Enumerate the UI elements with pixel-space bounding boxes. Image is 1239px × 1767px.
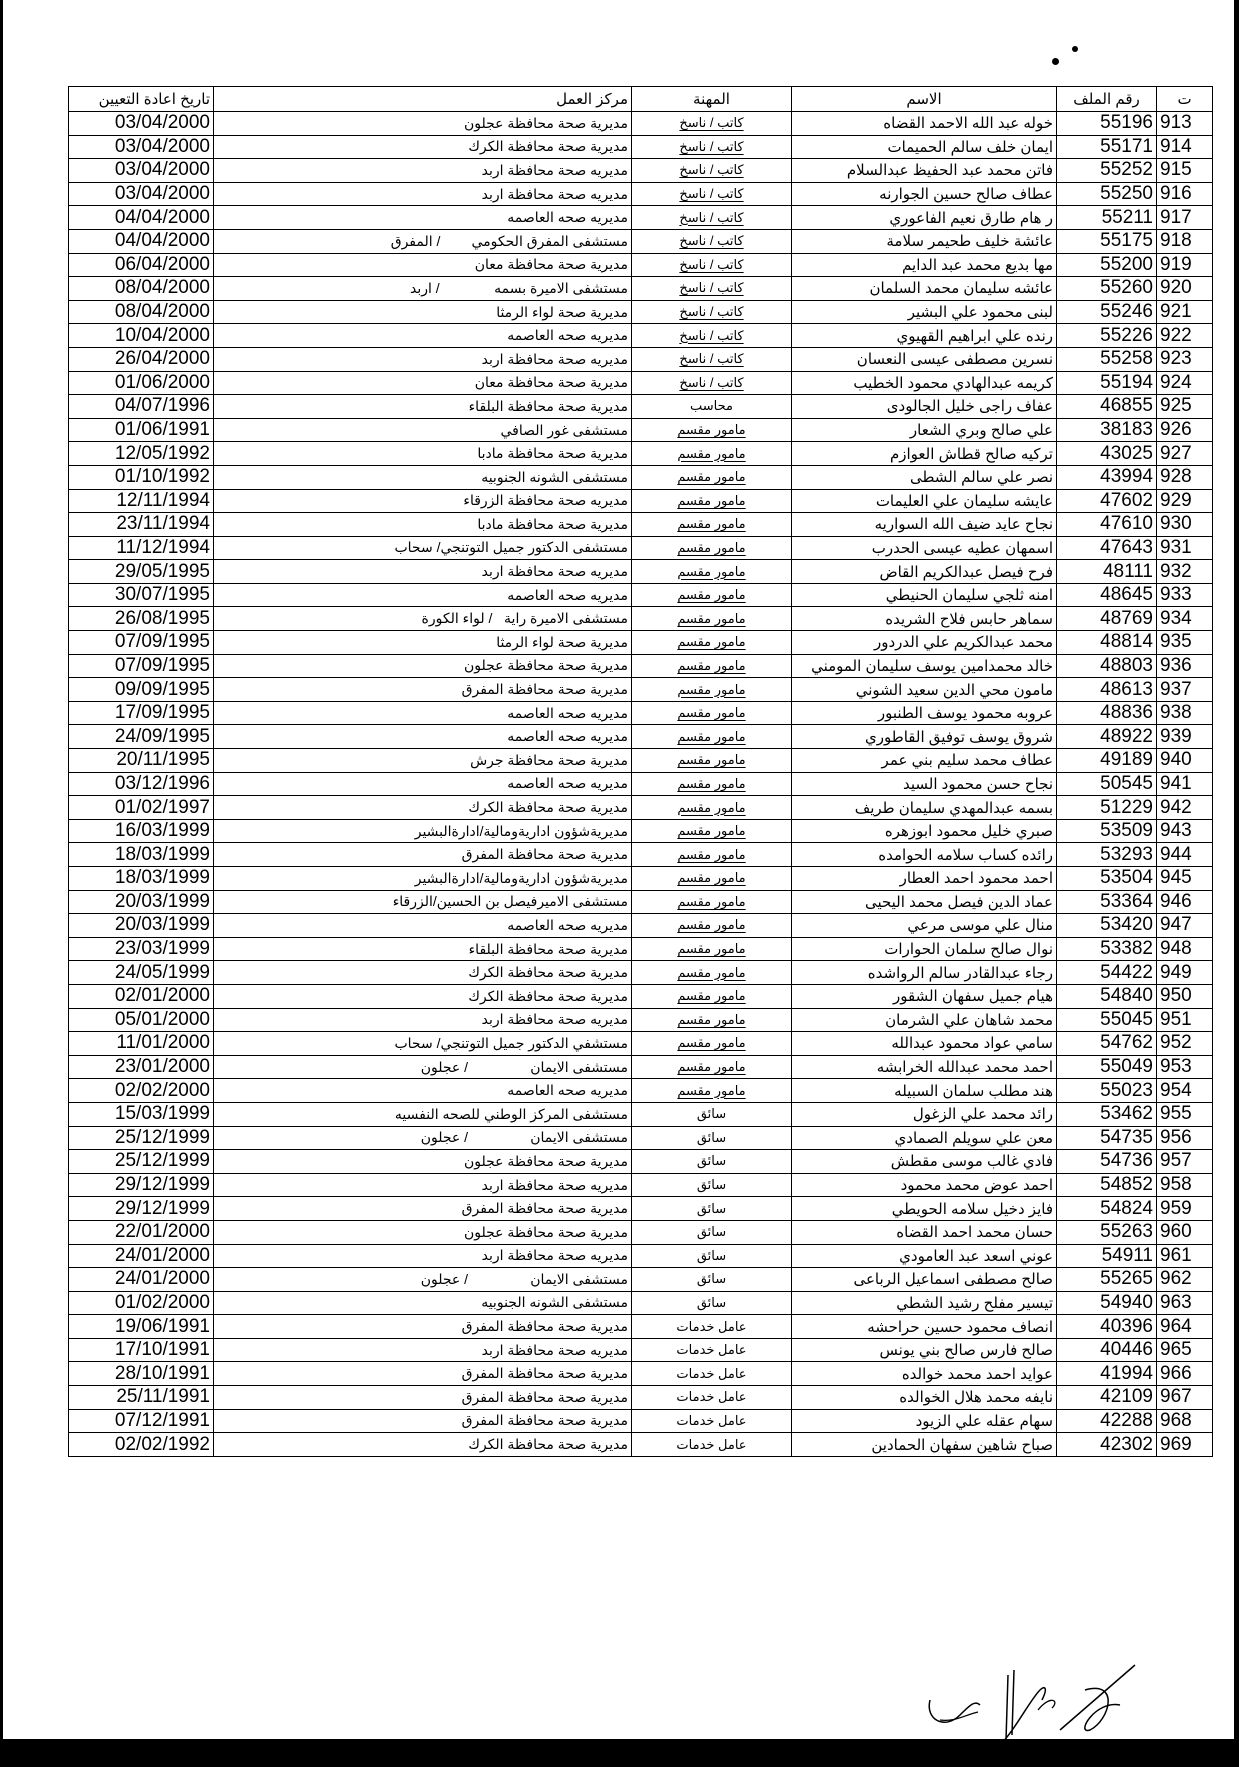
table-row: 92455194كريمه عبدالهادي محمود الخطيبكاتب… bbox=[69, 371, 1213, 395]
reappointment-date-cell: 20/03/1999 bbox=[69, 890, 214, 914]
workplace-cell: مديرية صحة محافظة المفرق bbox=[214, 1409, 632, 1433]
occupation-cell: كاتب / ناسخ bbox=[632, 300, 792, 324]
seq-cell: 942 bbox=[1157, 796, 1213, 820]
reappointment-date-cell: 26/08/1995 bbox=[69, 607, 214, 631]
workplace-cell: مديرية صحة محافظة البلقاء bbox=[214, 395, 632, 419]
seq-cell: 945 bbox=[1157, 867, 1213, 891]
name-cell: عروبه محمود يوسف الطنبور bbox=[792, 701, 1057, 725]
occupation-cell: كاتب / ناسخ bbox=[632, 347, 792, 371]
workplace-cell: مديريه صحه العاصمه bbox=[214, 772, 632, 796]
occupation-cell: مامور مقسم bbox=[632, 725, 792, 749]
reappointment-date-cell: 01/02/2000 bbox=[69, 1291, 214, 1315]
file-no-cell: 51229 bbox=[1057, 796, 1157, 820]
workplace-cell: مستشفى غور الصافي bbox=[214, 418, 632, 442]
header-occupation: المهنة bbox=[632, 87, 792, 112]
file-no-cell: 40446 bbox=[1057, 1338, 1157, 1362]
reappointment-date-cell: 09/09/1995 bbox=[69, 678, 214, 702]
name-cell: رنده علي ابراهيم القهيوي bbox=[792, 324, 1057, 348]
file-no-cell: 47610 bbox=[1057, 513, 1157, 537]
seq-cell: 943 bbox=[1157, 819, 1213, 843]
name-cell: فاتن محمد عبد الحفيظ عبدالسلام bbox=[792, 159, 1057, 183]
seq-cell: 926 bbox=[1157, 418, 1213, 442]
name-cell: اسمهان عطيه عيسى الحدرب bbox=[792, 536, 1057, 560]
name-cell: احمد محمود احمد العطار bbox=[792, 867, 1057, 891]
occupation-cell: مامور مقسم bbox=[632, 772, 792, 796]
file-no-cell: 40396 bbox=[1057, 1315, 1157, 1339]
table-row: 96354940تيسير مفلح رشيد الشطيسائقمستشفى … bbox=[69, 1291, 1213, 1315]
workplace-cell: مستشفى المفرق الحكومي / المفرق bbox=[214, 229, 632, 253]
reappointment-date-cell: 12/11/1994 bbox=[69, 489, 214, 513]
scan-speck bbox=[1072, 46, 1078, 52]
occupation-cell: عامل خدمات bbox=[632, 1409, 792, 1433]
reappointment-date-cell: 29/05/1995 bbox=[69, 560, 214, 584]
table-row: 94251229بسمه عبدالمهدي سليمان طريفمامور … bbox=[69, 796, 1213, 820]
reappointment-date-cell: 10/04/2000 bbox=[69, 324, 214, 348]
reappointment-date-cell: 07/09/1995 bbox=[69, 654, 214, 678]
name-cell: سامي عواد محمود عبدالله bbox=[792, 1032, 1057, 1056]
reappointment-date-cell: 11/12/1994 bbox=[69, 536, 214, 560]
reappointment-date-cell: 04/04/2000 bbox=[69, 229, 214, 253]
table-row: 95155045محمد شاهان علي الشرمانمامور مقسم… bbox=[69, 1008, 1213, 1032]
reappointment-date-cell: 02/02/2000 bbox=[69, 1079, 214, 1103]
reappointment-date-cell: 07/12/1991 bbox=[69, 1409, 214, 1433]
file-no-cell: 48836 bbox=[1057, 701, 1157, 725]
reappointment-date-cell: 11/01/2000 bbox=[69, 1032, 214, 1056]
reappointment-date-cell: 08/04/2000 bbox=[69, 300, 214, 324]
occupation-cell: مامور مقسم bbox=[632, 536, 792, 560]
name-cell: عائشة خليف طحيمر سلامة bbox=[792, 229, 1057, 253]
workplace-cell: مديريه صحه العاصمه bbox=[214, 1079, 632, 1103]
table-row: 96842288سهام عقله علي الزيودعامل خدماتمد… bbox=[69, 1409, 1213, 1433]
table-header-row: ت رقم الملف الاسم المهنة مركز العمل تاري… bbox=[69, 87, 1213, 112]
seq-cell: 921 bbox=[1157, 300, 1213, 324]
table-row: 95654735معن علي سويلم الصماديسائقمستشفى … bbox=[69, 1126, 1213, 1150]
seq-cell: 967 bbox=[1157, 1386, 1213, 1410]
seq-cell: 916 bbox=[1157, 182, 1213, 206]
table-row: 91355196خوله عبد الله الاحمد القضاهكاتب … bbox=[69, 112, 1213, 136]
name-cell: لبنى محمود علي البشير bbox=[792, 300, 1057, 324]
table-row: 95054840هيام جميل سفهان الشقورمامور مقسم… bbox=[69, 984, 1213, 1008]
name-cell: نجاح حسن محمود السيد bbox=[792, 772, 1057, 796]
table-body: 91355196خوله عبد الله الاحمد القضاهكاتب … bbox=[69, 112, 1213, 1457]
file-no-cell: 54911 bbox=[1057, 1244, 1157, 1268]
name-cell: نايفه محمد هلال الخوالده bbox=[792, 1386, 1057, 1410]
name-cell: فايز دخيل سلامه الحويطي bbox=[792, 1197, 1057, 1221]
name-cell: بسمه عبدالمهدي سليمان طريف bbox=[792, 796, 1057, 820]
workplace-cell: مستشفى الاميرة بسمه / اربد bbox=[214, 277, 632, 301]
name-cell: عطاف صالح حسين الجوارنه bbox=[792, 182, 1057, 206]
table-row: 94753420منال علي موسى مرعيمامور مقسممدير… bbox=[69, 914, 1213, 938]
reappointment-date-cell: 17/10/1991 bbox=[69, 1338, 214, 1362]
occupation-cell: مامور مقسم bbox=[632, 796, 792, 820]
occupation-cell: مامور مقسم bbox=[632, 678, 792, 702]
workplace-cell: مديرية صحة محافظة جرش bbox=[214, 749, 632, 773]
file-no-cell: 55258 bbox=[1057, 347, 1157, 371]
table-row: 96440396انصاف محمود حسين حراحشهعامل خدما… bbox=[69, 1315, 1213, 1339]
workplace-cell: مديريه صحه العاصمه bbox=[214, 324, 632, 348]
file-no-cell: 53504 bbox=[1057, 867, 1157, 891]
table-row: 93047610نجاح عايد ضيف الله السواريهمامور… bbox=[69, 513, 1213, 537]
table-row: 94653364عماد الدين فيصل محمد اليحيىمامور… bbox=[69, 890, 1213, 914]
reappointment-date-cell: 29/12/1999 bbox=[69, 1197, 214, 1221]
file-no-cell: 42109 bbox=[1057, 1386, 1157, 1410]
scan-bottom-edge bbox=[0, 1739, 1239, 1767]
table-row: 94853382نوال صالح سلمان الحواراتمامور مق… bbox=[69, 937, 1213, 961]
seq-cell: 946 bbox=[1157, 890, 1213, 914]
reappointment-date-cell: 28/10/1991 bbox=[69, 1362, 214, 1386]
table-row: 95553462رائد محمد علي الزغولسائقمستشفى ا… bbox=[69, 1102, 1213, 1126]
name-cell: صباح شاهين سفهان الحمادين bbox=[792, 1433, 1057, 1457]
seq-cell: 950 bbox=[1157, 984, 1213, 1008]
file-no-cell: 42302 bbox=[1057, 1433, 1157, 1457]
table-row: 93748613مامون محي الدين سعيد الشونيمامور… bbox=[69, 678, 1213, 702]
seq-cell: 925 bbox=[1157, 395, 1213, 419]
reappointment-date-cell: 08/04/2000 bbox=[69, 277, 214, 301]
file-no-cell: 54736 bbox=[1057, 1150, 1157, 1174]
name-cell: مها بديع محمد عبد الدايم bbox=[792, 253, 1057, 277]
file-no-cell: 55226 bbox=[1057, 324, 1157, 348]
occupation-cell: سائق bbox=[632, 1126, 792, 1150]
file-no-cell: 55171 bbox=[1057, 135, 1157, 159]
file-no-cell: 54762 bbox=[1057, 1032, 1157, 1056]
name-cell: امنه ثلجي سليمان الحنيطي bbox=[792, 583, 1057, 607]
occupation-cell: سائق bbox=[632, 1291, 792, 1315]
table-row: 93648803خالد محمدامين يوسف سليمان المومن… bbox=[69, 654, 1213, 678]
occupation-cell: كاتب / ناسخ bbox=[632, 229, 792, 253]
file-no-cell: 48769 bbox=[1057, 607, 1157, 631]
workplace-cell: مديريه صحه العاصمه bbox=[214, 725, 632, 749]
file-no-cell: 49189 bbox=[1057, 749, 1157, 773]
reappointment-date-cell: 16/03/1999 bbox=[69, 819, 214, 843]
occupation-cell: كاتب / ناسخ bbox=[632, 206, 792, 230]
name-cell: ايمان خلف سالم الحميمات bbox=[792, 135, 1057, 159]
name-cell: صالح فارس صالح بني يونس bbox=[792, 1338, 1057, 1362]
seq-cell: 961 bbox=[1157, 1244, 1213, 1268]
name-cell: عايشه سليمان علي العليمات bbox=[792, 489, 1057, 513]
workplace-cell: مديريه صحة محافظة اربد bbox=[214, 347, 632, 371]
workplace-cell: مستشفى الدكتور جميل التوتنجي/ سحاب bbox=[214, 536, 632, 560]
reappointment-date-cell: 15/03/1999 bbox=[69, 1102, 214, 1126]
occupation-cell: مامور مقسم bbox=[632, 583, 792, 607]
seq-cell: 923 bbox=[1157, 347, 1213, 371]
seq-cell: 919 bbox=[1157, 253, 1213, 277]
occupation-cell: مامور مقسم bbox=[632, 1008, 792, 1032]
file-no-cell: 41994 bbox=[1057, 1362, 1157, 1386]
table-row: 91755211ر هام طارق نعيم الفاعوريكاتب / ن… bbox=[69, 206, 1213, 230]
seq-cell: 920 bbox=[1157, 277, 1213, 301]
occupation-cell: مامور مقسم bbox=[632, 654, 792, 678]
table-row: 96055263حسان محمد احمد القضاهسائقمديرية … bbox=[69, 1220, 1213, 1244]
file-no-cell: 55023 bbox=[1057, 1079, 1157, 1103]
table-row: 92155246لبنى محمود علي البشيركاتب / ناسخ… bbox=[69, 300, 1213, 324]
seq-cell: 917 bbox=[1157, 206, 1213, 230]
occupation-cell: مامور مقسم bbox=[632, 914, 792, 938]
workplace-cell: مديرية صحة محافظة المفرق bbox=[214, 843, 632, 867]
occupation-cell: مامور مقسم bbox=[632, 489, 792, 513]
seq-cell: 927 bbox=[1157, 442, 1213, 466]
reappointment-date-cell: 04/04/2000 bbox=[69, 206, 214, 230]
file-no-cell: 53382 bbox=[1057, 937, 1157, 961]
header-file-no: رقم الملف bbox=[1057, 87, 1157, 112]
file-no-cell: 55265 bbox=[1057, 1268, 1157, 1292]
occupation-cell: عامل خدمات bbox=[632, 1362, 792, 1386]
occupation-cell: مامور مقسم bbox=[632, 819, 792, 843]
table-row: 91555252فاتن محمد عبد الحفيظ عبدالسلامكا… bbox=[69, 159, 1213, 183]
table-row: 95854852احمد عوض محمد محمودسائقمديريه صح… bbox=[69, 1173, 1213, 1197]
name-cell: حسان محمد احمد القضاه bbox=[792, 1220, 1057, 1244]
name-cell: عوني اسعد عبد العامودي bbox=[792, 1244, 1057, 1268]
seq-cell: 951 bbox=[1157, 1008, 1213, 1032]
occupation-cell: مامور مقسم bbox=[632, 749, 792, 773]
file-no-cell: 55200 bbox=[1057, 253, 1157, 277]
workplace-cell: مديرية صحة محافظة عجلون bbox=[214, 654, 632, 678]
name-cell: ر هام طارق نعيم الفاعوري bbox=[792, 206, 1057, 230]
occupation-cell: سائق bbox=[632, 1150, 792, 1174]
name-cell: سماهر حابس فلاح الشريده bbox=[792, 607, 1057, 631]
workplace-cell: مستشفى الاميرة راية / لواء الكورة bbox=[214, 607, 632, 631]
file-no-cell: 46855 bbox=[1057, 395, 1157, 419]
name-cell: نصر علي سالم الشطى bbox=[792, 465, 1057, 489]
name-cell: احمد عوض محمد محمود bbox=[792, 1173, 1057, 1197]
table-row: 95455023هند مطلب سلمان السبيلهمامور مقسم… bbox=[69, 1079, 1213, 1103]
occupation-cell: مامور مقسم bbox=[632, 867, 792, 891]
file-no-cell: 48613 bbox=[1057, 678, 1157, 702]
table-row: 95754736فادي غالب موسى مقطشسائقمديرية صح… bbox=[69, 1150, 1213, 1174]
file-no-cell: 47643 bbox=[1057, 536, 1157, 560]
name-cell: سهام عقله علي الزيود bbox=[792, 1409, 1057, 1433]
reappointment-date-cell: 25/12/1999 bbox=[69, 1150, 214, 1174]
table-row: 95954824فايز دخيل سلامه الحويطيسائقمديري… bbox=[69, 1197, 1213, 1221]
seq-cell: 930 bbox=[1157, 513, 1213, 537]
occupation-cell: سائق bbox=[632, 1268, 792, 1292]
name-cell: خالد محمدامين يوسف سليمان المومني bbox=[792, 654, 1057, 678]
seq-cell: 934 bbox=[1157, 607, 1213, 631]
file-no-cell: 54940 bbox=[1057, 1291, 1157, 1315]
workplace-cell: مديرية صحة لواء الرمثا bbox=[214, 300, 632, 324]
occupation-cell: كاتب / ناسخ bbox=[632, 182, 792, 206]
file-no-cell: 55263 bbox=[1057, 1220, 1157, 1244]
reappointment-date-cell: 01/02/1997 bbox=[69, 796, 214, 820]
seq-cell: 962 bbox=[1157, 1268, 1213, 1292]
seq-cell: 935 bbox=[1157, 631, 1213, 655]
seq-cell: 966 bbox=[1157, 1362, 1213, 1386]
reappointment-date-cell: 24/01/2000 bbox=[69, 1244, 214, 1268]
seq-cell: 968 bbox=[1157, 1409, 1213, 1433]
name-cell: منال علي موسى مرعي bbox=[792, 914, 1057, 938]
occupation-cell: عامل خدمات bbox=[632, 1433, 792, 1457]
occupation-cell: كاتب / ناسخ bbox=[632, 253, 792, 277]
workplace-cell: مديرية صحة محافظة معان bbox=[214, 371, 632, 395]
workplace-cell: مستشفى الايمان / عجلون bbox=[214, 1126, 632, 1150]
file-no-cell: 43025 bbox=[1057, 442, 1157, 466]
workplace-cell: مديرية صحة محافظة البلقاء bbox=[214, 937, 632, 961]
occupation-cell: كاتب / ناسخ bbox=[632, 371, 792, 395]
name-cell: عماد الدين فيصل محمد اليحيى bbox=[792, 890, 1057, 914]
file-no-cell: 47602 bbox=[1057, 489, 1157, 513]
occupation-cell: مامور مقسم bbox=[632, 631, 792, 655]
name-cell: عائشه سليمان محمد السلمان bbox=[792, 277, 1057, 301]
name-cell: انصاف محمود حسين حراحشه bbox=[792, 1315, 1057, 1339]
header-workplace: مركز العمل bbox=[214, 87, 632, 112]
occupation-cell: مامور مقسم bbox=[632, 560, 792, 584]
name-cell: رجاء عبدالقادر سالم الرواشده bbox=[792, 961, 1057, 985]
occupation-cell: كاتب / ناسخ bbox=[632, 135, 792, 159]
seq-cell: 914 bbox=[1157, 135, 1213, 159]
name-cell: علي صالح وبري الشعار bbox=[792, 418, 1057, 442]
table-row: 91855175عائشة خليف طحيمر سلامةكاتب / ناس… bbox=[69, 229, 1213, 253]
table-row: 95355049احمد محمد عبدالله الخرابشهمامور … bbox=[69, 1055, 1213, 1079]
reappointment-date-cell: 20/11/1995 bbox=[69, 749, 214, 773]
reappointment-date-cell: 22/01/2000 bbox=[69, 1220, 214, 1244]
table-row: 92843994نصر علي سالم الشطىمامور مقسممستش… bbox=[69, 465, 1213, 489]
seq-cell: 938 bbox=[1157, 701, 1213, 725]
seq-cell: 939 bbox=[1157, 725, 1213, 749]
workplace-cell: مديرية صحة محافظة الكرك bbox=[214, 135, 632, 159]
workplace-cell: مديرية صحة محافظة المفرق bbox=[214, 1386, 632, 1410]
file-no-cell: 48111 bbox=[1057, 560, 1157, 584]
reappointment-date-cell: 01/10/1992 bbox=[69, 465, 214, 489]
workplace-cell: مستشفى المركز الوطني للصحه النفسيه bbox=[214, 1102, 632, 1126]
workplace-cell: مديرية صحة محافظة المفرق bbox=[214, 1362, 632, 1386]
workplace-cell: مديريةشؤون اداريةومالية/ادارةالبشير bbox=[214, 867, 632, 891]
reappointment-date-cell: 12/05/1992 bbox=[69, 442, 214, 466]
file-no-cell: 53293 bbox=[1057, 843, 1157, 867]
reappointment-date-cell: 20/03/1999 bbox=[69, 914, 214, 938]
workplace-cell: مديرية صحة محافظة الكرك bbox=[214, 796, 632, 820]
table-row: 93348645امنه ثلجي سليمان الحنيطيمامور مق… bbox=[69, 583, 1213, 607]
name-cell: نسرين مصطفى عيسى النعسان bbox=[792, 347, 1057, 371]
file-no-cell: 43994 bbox=[1057, 465, 1157, 489]
seq-cell: 922 bbox=[1157, 324, 1213, 348]
reappointment-date-cell: 17/09/1995 bbox=[69, 701, 214, 725]
seq-cell: 931 bbox=[1157, 536, 1213, 560]
table-row: 92055260عائشه سليمان محمد السلمانكاتب / … bbox=[69, 277, 1213, 301]
seq-cell: 940 bbox=[1157, 749, 1213, 773]
reappointment-date-cell: 01/06/2000 bbox=[69, 371, 214, 395]
table-row: 94553504احمد محمود احمد العطارمامور مقسم… bbox=[69, 867, 1213, 891]
workplace-cell: مستشفى الاميرفيصل بن الحسين/الزرقاء bbox=[214, 890, 632, 914]
table-row: 91455171ايمان خلف سالم الحميماتكاتب / نا… bbox=[69, 135, 1213, 159]
seq-cell: 964 bbox=[1157, 1315, 1213, 1339]
seq-cell: 936 bbox=[1157, 654, 1213, 678]
file-no-cell: 53462 bbox=[1057, 1102, 1157, 1126]
workplace-cell: مديريه صحة محافظة اربد bbox=[214, 1173, 632, 1197]
file-no-cell: 55252 bbox=[1057, 159, 1157, 183]
occupation-cell: محاسب bbox=[632, 395, 792, 419]
reappointment-date-cell: 23/11/1994 bbox=[69, 513, 214, 537]
file-no-cell: 48645 bbox=[1057, 583, 1157, 607]
occupation-cell: كاتب / ناسخ bbox=[632, 112, 792, 136]
workplace-cell: مديرية صحة محافظة مادبا bbox=[214, 442, 632, 466]
name-cell: رائده كساب سلامه الحوامده bbox=[792, 843, 1057, 867]
name-cell: نوال صالح سلمان الحوارات bbox=[792, 937, 1057, 961]
seq-cell: 958 bbox=[1157, 1173, 1213, 1197]
workplace-cell: مديرية صحة محافظة الكرك bbox=[214, 984, 632, 1008]
occupation-cell: سائق bbox=[632, 1102, 792, 1126]
name-cell: معن علي سويلم الصمادي bbox=[792, 1126, 1057, 1150]
file-no-cell: 54735 bbox=[1057, 1126, 1157, 1150]
file-no-cell: 53364 bbox=[1057, 890, 1157, 914]
table-row: 96641994عوايد احمد محمد خوالدهعامل خدمات… bbox=[69, 1362, 1213, 1386]
file-no-cell: 42288 bbox=[1057, 1409, 1157, 1433]
file-no-cell: 55175 bbox=[1057, 229, 1157, 253]
workplace-cell: مستشفي الدكتور جميل التوتنجي/ سحاب bbox=[214, 1032, 632, 1056]
workplace-cell: مديريةشؤون اداريةومالية/ادارةالبشير bbox=[214, 819, 632, 843]
reappointment-date-cell: 03/04/2000 bbox=[69, 112, 214, 136]
header-seq: ت bbox=[1157, 87, 1213, 112]
seq-cell: 929 bbox=[1157, 489, 1213, 513]
seq-cell: 948 bbox=[1157, 937, 1213, 961]
name-cell: فرح فيصل عبدالكريم القاض bbox=[792, 560, 1057, 584]
table-row: 92355258نسرين مصطفى عيسى النعسانكاتب / ن… bbox=[69, 347, 1213, 371]
employee-roster-table: ت رقم الملف الاسم المهنة مركز العمل تاري… bbox=[68, 86, 1213, 1457]
table-row: 93548814محمد عبدالكريم علي الدردورمامور … bbox=[69, 631, 1213, 655]
scan-edge-right bbox=[1234, 0, 1239, 1740]
reappointment-date-cell: 07/09/1995 bbox=[69, 631, 214, 655]
reappointment-date-cell: 06/04/2000 bbox=[69, 253, 214, 277]
occupation-cell: مامور مقسم bbox=[632, 607, 792, 631]
table-row: 91955200مها بديع محمد عبد الدايمكاتب / ن… bbox=[69, 253, 1213, 277]
workplace-cell: مديرية صحة محافظة معان bbox=[214, 253, 632, 277]
seq-cell: 952 bbox=[1157, 1032, 1213, 1056]
seq-cell: 933 bbox=[1157, 583, 1213, 607]
name-cell: هند مطلب سلمان السبيله bbox=[792, 1079, 1057, 1103]
reappointment-date-cell: 25/11/1991 bbox=[69, 1386, 214, 1410]
occupation-cell: مامور مقسم bbox=[632, 465, 792, 489]
file-no-cell: 48803 bbox=[1057, 654, 1157, 678]
name-cell: رائد محمد علي الزغول bbox=[792, 1102, 1057, 1126]
occupation-cell: مامور مقسم bbox=[632, 513, 792, 537]
file-no-cell: 53509 bbox=[1057, 819, 1157, 843]
seq-cell: 915 bbox=[1157, 159, 1213, 183]
occupation-cell: كاتب / ناسخ bbox=[632, 324, 792, 348]
seq-cell: 937 bbox=[1157, 678, 1213, 702]
workplace-cell: مديرية صحة محافظة الكرك bbox=[214, 961, 632, 985]
file-no-cell: 54422 bbox=[1057, 961, 1157, 985]
seq-cell: 960 bbox=[1157, 1220, 1213, 1244]
table-row: 95254762سامي عواد محمود عبداللهمامور مقس… bbox=[69, 1032, 1213, 1056]
occupation-cell: عامل خدمات bbox=[632, 1315, 792, 1339]
seq-cell: 928 bbox=[1157, 465, 1213, 489]
table-row: 93147643اسمهان عطيه عيسى الحدربمامور مقس… bbox=[69, 536, 1213, 560]
workplace-cell: مديرية صحة لواء الرمثا bbox=[214, 631, 632, 655]
reappointment-date-cell: 26/04/2000 bbox=[69, 347, 214, 371]
table-row: 92743025تركيه صالح قطاش العوازممامور مقس… bbox=[69, 442, 1213, 466]
occupation-cell: عامل خدمات bbox=[632, 1338, 792, 1362]
file-no-cell: 55246 bbox=[1057, 300, 1157, 324]
workplace-cell: مديرية صحة محافظة عجلون bbox=[214, 112, 632, 136]
occupation-cell: مامور مقسم bbox=[632, 701, 792, 725]
file-no-cell: 50545 bbox=[1057, 772, 1157, 796]
workplace-cell: مديرية صحة محافظة مادبا bbox=[214, 513, 632, 537]
seq-cell: 957 bbox=[1157, 1150, 1213, 1174]
seq-cell: 955 bbox=[1157, 1102, 1213, 1126]
workplace-cell: مستشفى الشونه الجنوبيه bbox=[214, 465, 632, 489]
workplace-cell: مديريه صحة محافظة اربد bbox=[214, 1338, 632, 1362]
reappointment-date-cell: 18/03/1999 bbox=[69, 867, 214, 891]
table-row: 96154911عوني اسعد عبد العاموديسائقمديريه… bbox=[69, 1244, 1213, 1268]
occupation-cell: مامور مقسم bbox=[632, 418, 792, 442]
workplace-cell: مديريه صحه العاصمه bbox=[214, 701, 632, 725]
file-no-cell: 48922 bbox=[1057, 725, 1157, 749]
reappointment-date-cell: 03/04/2000 bbox=[69, 159, 214, 183]
scan-edge-left bbox=[0, 0, 3, 1740]
reappointment-date-cell: 04/07/1996 bbox=[69, 395, 214, 419]
occupation-cell: عامل خدمات bbox=[632, 1386, 792, 1410]
table-row: 92947602عايشه سليمان علي العليماتمامور م… bbox=[69, 489, 1213, 513]
table-row: 94150545نجاح حسن محمود السيدمامور مقسممد… bbox=[69, 772, 1213, 796]
table-row: 94453293رائده كساب سلامه الحوامدهمامور م… bbox=[69, 843, 1213, 867]
